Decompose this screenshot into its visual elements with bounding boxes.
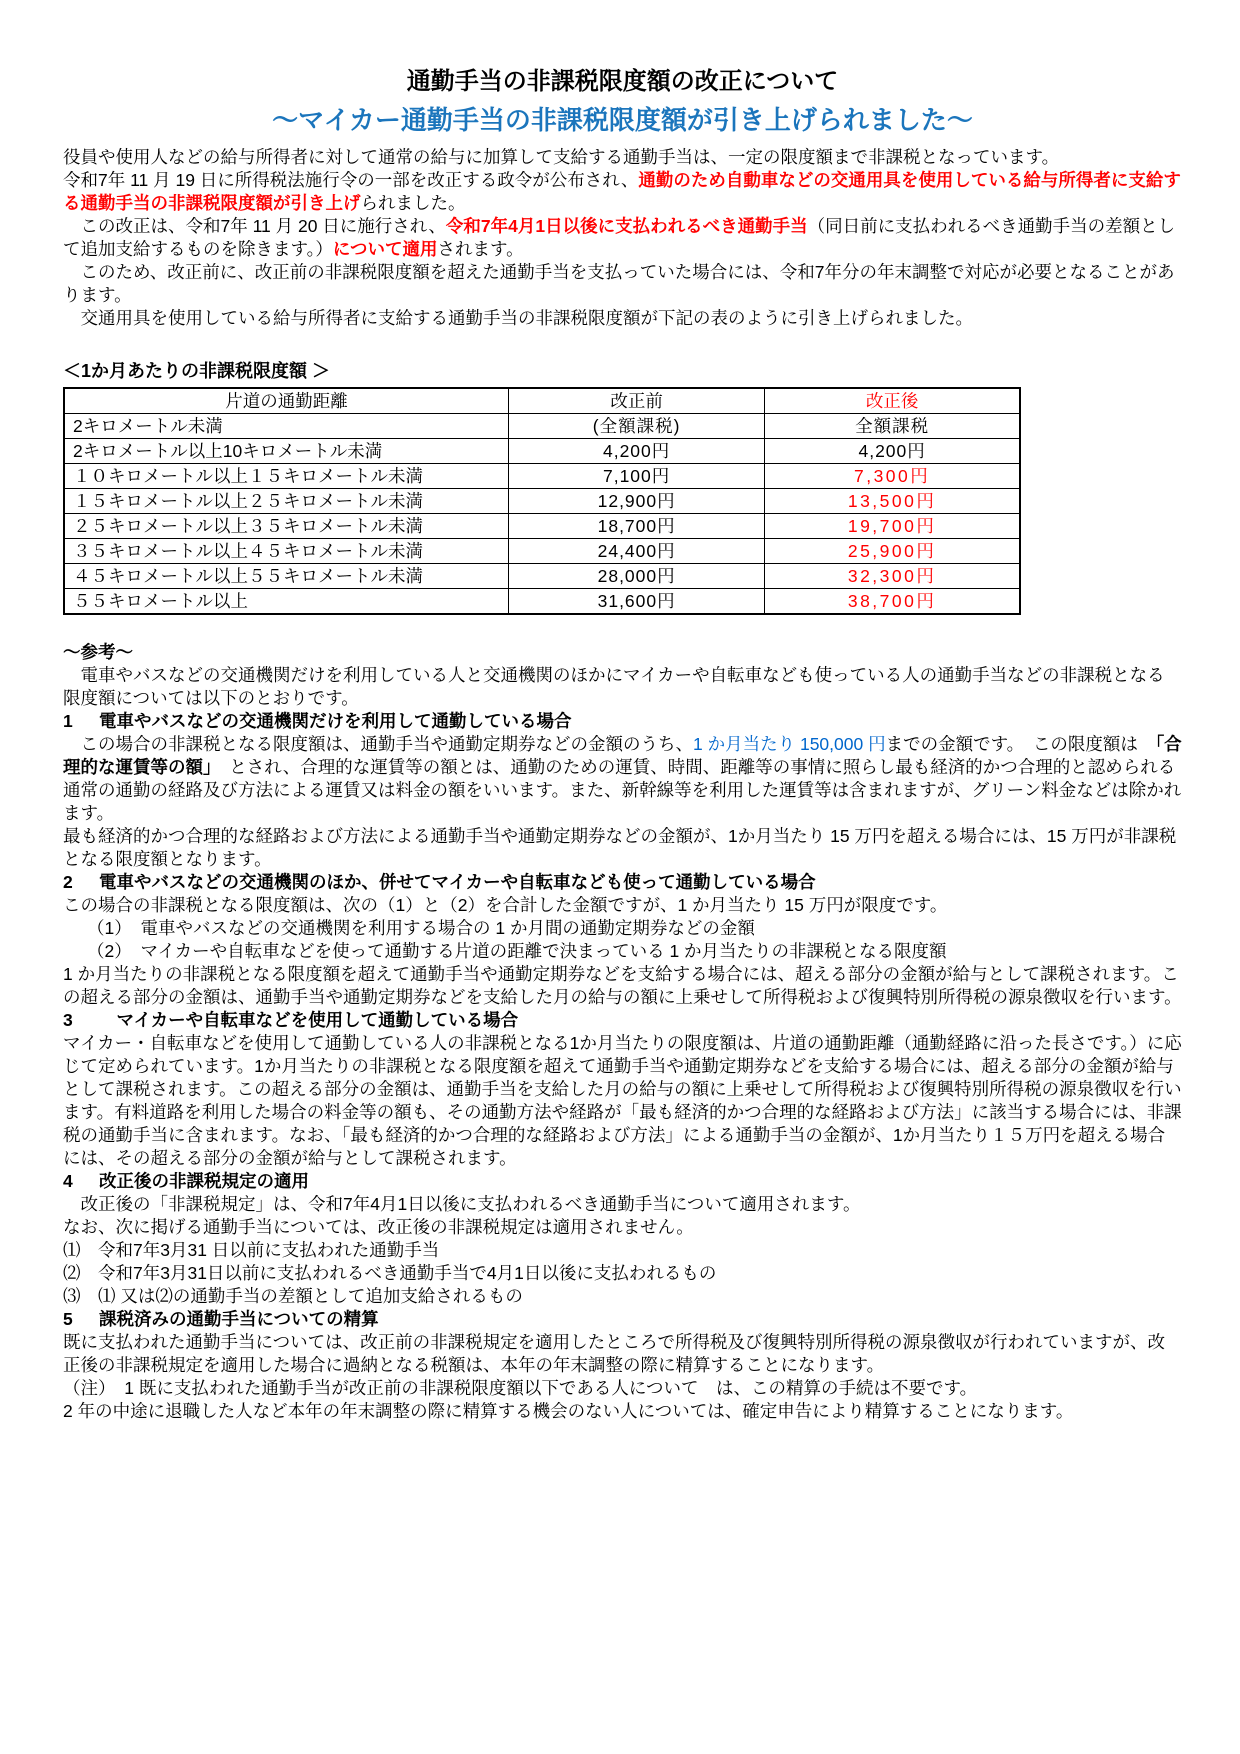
cell-after: 13,500円 [765,489,1020,514]
reference-sections: 1電車やバスなどの交通機関だけを利用して通勤している場合 この場合の非課税となる… [63,710,1182,1423]
intro-paragraph-1: 役員や使用人などの給与所得者に対して通常の給与に加算して支給する通勤手当は、一定… [63,146,1182,169]
table-header-distance: 片道の通勤距離 [64,388,509,414]
section-title: 改正後の非課税規定の適用 [99,1170,1182,1193]
table-row: 2キロメートル以上10キロメートル未満4,200円4,200円 [64,439,1020,464]
text-segment: 最も経済的かつ合理的な経路および方法による通勤手当や通勤定期券などの金額が、1か… [63,826,1176,869]
text-segment: 交通用具を使用している給与所得者に支給する通勤手当の非課税限度額が下記の表のよう… [63,308,973,328]
table-header-before: 改正前 [509,388,765,414]
intro-paragraph-4: このため、改正前に、改正前の非課税限度額を超えた通勤手当を支払っていた場合には、… [63,261,1182,307]
section-paragraph: ⑴ 令和7年3月31 日以前に支払われた通勤手当 [63,1239,1182,1262]
reference-heading: ～参考～ [63,641,1182,664]
text-segment: されます。 [438,239,524,259]
text-segment: 既に支払われた通勤手当については、改正前の非課税規定を適用したところで所得税及び… [63,1332,1165,1375]
cell-before: 18,700円 [509,514,765,539]
section-number: 5 [63,1308,99,1331]
text-segment: （注） 1 既に支払われた通勤手当が改正前の非課税限度額以下である人について は… [63,1378,977,1398]
section-number: 1 [63,710,99,733]
section-number: 4 [63,1170,99,1193]
cell-after: 全額課税 [765,414,1020,439]
section-title: 課税済みの通勤手当についての精算 [99,1308,1182,1331]
section-heading: 3 マイカーや自転車などを使用して通勤している場合 [63,1009,1182,1032]
cell-after: 32,300円 [765,564,1020,589]
section-paragraph: ⑶ ⑴ 又は⑵の通勤手当の差額として追加支給されるもの [63,1285,1182,1308]
intro-paragraph-3: この改正は、令和7年 11 月 20 日に施行され、令和7年4月1日以後に支払わ… [63,215,1182,261]
table-row: １５キロメートル以上２５キロメートル未満12,900円13,500円 [64,489,1020,514]
cell-distance: １０キロメートル以上１５キロメートル未満 [64,464,509,489]
section-paragraph: （注） 1 既に支払われた通勤手当が改正前の非課税限度額以下である人について は… [63,1377,1182,1400]
section-paragraph: マイカー・自転車などを使用して通勤している人の非課税となる1か月当たりの限度額は… [63,1032,1182,1170]
section-heading: 2電車やバスなどの交通機関のほか、併せてマイカーや自転車なども使って通勤している… [63,871,1182,894]
table-row: 2キロメートル未満(全額課税)全額課税 [64,414,1020,439]
cell-distance: 2キロメートル以上10キロメートル未満 [64,439,509,464]
text-segment: について適用 [333,239,438,259]
cell-before: 31,600円 [509,589,765,615]
table-row: ４５キロメートル以上５５キロメートル未満28,000円32,300円 [64,564,1020,589]
text-segment: 役員や使用人などの給与所得者に対して通常の給与に加算して支給する通勤手当は、一定… [63,147,1059,167]
section-paragraph: （2） マイカーや自転車などを使って通勤する片道の距離で決まっている 1 か月当… [63,940,1182,963]
table-row: ３５キロメートル以上４５キロメートル未満24,400円25,900円 [64,539,1020,564]
section-paragraph: 2 年の中途に退職した人など本年の年末調整の際に精算する機会のない人については、… [63,1400,1182,1423]
intro-paragraph-2: 令和7年 11 月 19 日に所得税法施行令の一部を改正する政令が公布され、通勤… [63,169,1182,215]
text-segment: このため、改正前に、改正前の非課税限度額を超えた通勤手当を支払っていた場合には、… [63,262,1175,305]
text-segment: なお、次に掲げる通勤手当については、改正後の非課税規定は適用されません。 [63,1217,694,1237]
cell-before: 4,200円 [509,439,765,464]
cell-before: (全額課税) [509,414,765,439]
cell-distance: ４５キロメートル以上５５キロメートル未満 [64,564,509,589]
cell-distance: ２５キロメートル以上３５キロメートル未満 [64,514,509,539]
cell-before: 7,100円 [509,464,765,489]
section-title: 電車やバスなどの交通機関のほか、併せてマイカーや自転車なども使って通勤している場… [99,871,1182,894]
section-paragraph: なお、次に掲げる通勤手当については、改正後の非課税規定は適用されません。 [63,1216,1182,1239]
text-segment: この場合の非課税となる限度額は、次の（1）と（2）を合計した金額ですが、1 か月… [63,895,947,915]
section-paragraph: （1） 電車やバスなどの交通機関を利用する場合の 1 か月間の通勤定期券などの金… [63,917,1182,940]
section-heading: 1電車やバスなどの交通機関だけを利用して通勤している場合 [63,710,1182,733]
section-number: 2 [63,871,99,894]
page-subtitle: ～マイカー通勤手当の非課税限度額が引き上げられました～ [63,104,1182,136]
cell-before: 24,400円 [509,539,765,564]
cell-after: 4,200円 [765,439,1020,464]
text-segment: マイカー・自転車などを使用して通勤している人の非課税となる1か月当たりの限度額は… [63,1033,1182,1168]
intro-paragraph-5: 交通用具を使用している給与所得者に支給する通勤手当の非課税限度額が下記の表のよう… [63,307,1182,330]
text-segment: 1 か月当たり 150,000 円 [693,734,886,754]
page-title: 通勤手当の非課税限度額の改正について [63,68,1182,96]
document-page: 通勤手当の非課税限度額の改正について ～マイカー通勤手当の非課税限度額が引き上げ… [0,0,1240,1754]
table-row: １０キロメートル以上１５キロメートル未満7,100円7,300円 [64,464,1020,489]
section-paragraph: 最も経済的かつ合理的な経路および方法による通勤手当や通勤定期券などの金額が、1か… [63,825,1182,871]
text-segment: 令和7年4月1日以後に支払われるべき通勤手当 [446,216,808,236]
text-segment: 改正後の「非課税規定」は、令和7年4月1日以後に支払われるべき通勤手当について適… [63,1194,860,1214]
section-paragraph: ⑵ 令和7年3月31日以前に支払われるべき通勤手当で4月1日以後に支払われるもの [63,1262,1182,1285]
cell-after: 19,700円 [765,514,1020,539]
section-title: マイカーや自転車などを使用して通勤している場合 [99,1009,1182,1032]
text-segment: この場合の非課税となる限度額は、通勤手当や通勤定期券などの金額のうち、 [63,734,693,754]
text-segment: ⑵ 令和7年3月31日以前に支払われるべき通勤手当で4月1日以後に支払われるもの [63,1263,716,1283]
text-segment: （1） 電車やバスなどの交通機関を利用する場合の 1 か月間の通勤定期券などの金… [87,918,755,938]
table-header-after: 改正後 [765,388,1020,414]
section-heading: 5課税済みの通勤手当についての精算 [63,1308,1182,1331]
section-number: 3 [63,1009,99,1032]
table-row: ５５キロメートル以上31,600円38,700円 [64,589,1020,615]
cell-after: 7,300円 [765,464,1020,489]
text-segment: られました。 [361,193,466,213]
table-row: ２５キロメートル以上３５キロメートル未満18,700円19,700円 [64,514,1020,539]
text-segment: 2 年の中途に退職した人など本年の年末調整の際に精算する機会のない人については、… [63,1401,1073,1421]
nontaxable-limits-table: 片道の通勤距離 改正前 改正後 2キロメートル未満(全額課税)全額課税2キロメー… [63,387,1021,615]
cell-before: 28,000円 [509,564,765,589]
table-header-row: 片道の通勤距離 改正前 改正後 [64,388,1020,414]
text-segment: この改正は、令和7年 11 月 20 日に施行され、 [63,216,446,236]
text-segment: ⑴ 令和7年3月31 日以前に支払われた通勤手当 [63,1240,439,1260]
text-segment: （2） マイカーや自転車などを使って通勤する片道の距離で決まっている 1 か月当… [87,941,947,961]
cell-after: 25,900円 [765,539,1020,564]
section-paragraph: この場合の非課税となる限度額は、通勤手当や通勤定期券などの金額のうち、1 か月当… [63,733,1182,825]
cell-distance: ３５キロメートル以上４５キロメートル未満 [64,539,509,564]
cell-distance: 2キロメートル未満 [64,414,509,439]
text-segment: までの金額です。 この限度額は [886,734,1156,754]
text-segment: ⑶ ⑴ 又は⑵の通勤手当の差額として追加支給されるもの [63,1286,523,1306]
section-paragraph: 改正後の「非課税規定」は、令和7年4月1日以後に支払われるべき通勤手当について適… [63,1193,1182,1216]
text-segment: 令和7年 11 月 19 日に所得税法施行令の一部を改正する政令が公布され、 [63,170,638,190]
section-paragraph: この場合の非課税となる限度額は、次の（1）と（2）を合計した金額ですが、1 か月… [63,894,1182,917]
section-paragraph: 1 か月当たりの非課税となる限度額を超えて通勤手当や通勤定期券などを支給する場合… [63,963,1182,1009]
cell-after: 38,700円 [765,589,1020,615]
table-caption: ＜1か月あたりの非課税限度額 ＞ [63,360,1182,383]
reference-intro: 電車やバスなどの交通機関だけを利用している人と交通機関のほかにマイカーや自転車な… [63,664,1182,710]
section-heading: 4改正後の非課税規定の適用 [63,1170,1182,1193]
text-segment: 1 か月当たりの非課税となる限度額を超えて通勤手当や通勤定期券などを支給する場合… [63,964,1182,1007]
cell-distance: １５キロメートル以上２５キロメートル未満 [64,489,509,514]
cell-distance: ５５キロメートル以上 [64,589,509,615]
table-body: 2キロメートル未満(全額課税)全額課税2キロメートル以上10キロメートル未満4,… [64,414,1020,615]
section-title: 電車やバスなどの交通機関だけを利用して通勤している場合 [99,710,1182,733]
cell-before: 12,900円 [509,489,765,514]
section-paragraph: 既に支払われた通勤手当については、改正前の非課税規定を適用したところで所得税及び… [63,1331,1182,1377]
text-segment: とされ、合理的な運賃等の額とは、通勤のための運賃、時間、距離等の事情に照らし最も… [63,757,1181,823]
text-segment: 電車やバスなどの交通機関だけを利用している人と交通機関のほかにマイカーや自転車な… [63,665,1165,708]
